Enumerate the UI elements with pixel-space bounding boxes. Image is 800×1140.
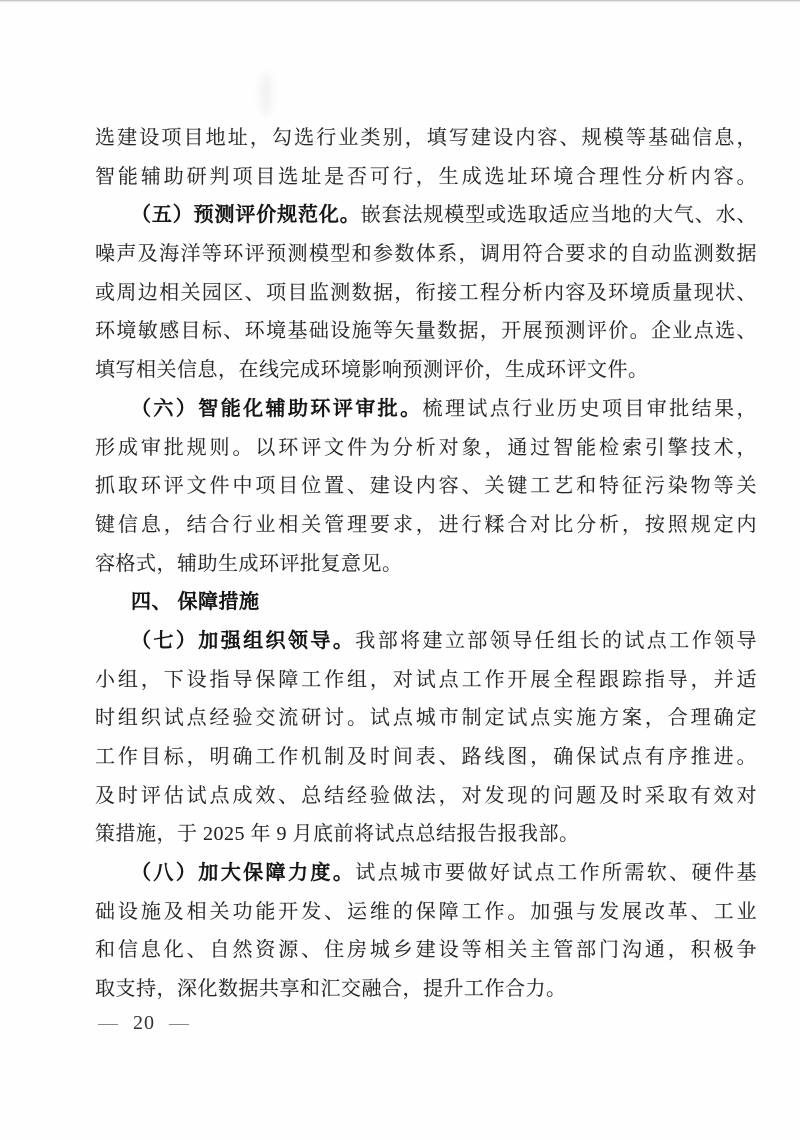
body-text: 形成审批规则。以环评文件为分析对象，通过智能检索引擎技术， xyxy=(95,437,757,459)
text-line: 小组，下设指导保障工作组，对试点工作开展全程跟踪指导，并适 xyxy=(95,661,757,700)
text-line: 形成审批规则。以环评文件为分析对象，通过智能检索引擎技术， xyxy=(95,429,757,468)
body-text: 容格式，辅助生成环评批复意见。 xyxy=(95,553,403,575)
text-line: （七）加强组织领导。我部将建立部领导任组长的试点工作领导 xyxy=(95,622,757,661)
body-text: 嵌套法规模型或选取适应当地的大气、水、 xyxy=(361,204,757,226)
text-line: 选建设项目地址，勾选行业类别，填写建设内容、规模等基础信息， xyxy=(95,119,757,158)
body-text: 取支持，深化数据共享和汇交融合，提升工作合力。 xyxy=(95,978,567,1000)
body-text: 础设施及相关功能开发、运维的保障工作。加强与发展改革、工业 xyxy=(95,901,757,923)
text-line: 及时评估试点成效、总结经验做法，对发现的问题及时采取有效对 xyxy=(95,777,757,816)
body-text: 键信息，结合行业相关管理要求，进行糅合对比分析，按照规定内 xyxy=(95,514,757,536)
bold-lead-text: （八）加大保障力度。 xyxy=(131,862,355,884)
body-text: 我部将建立部领导任组长的试点工作领导 xyxy=(355,630,757,652)
body-text: 环境敏感目标、环境基础设施等矢量数据，开展预测评价。企业点选、 xyxy=(95,320,757,342)
body-text: 或周边相关园区、项目监测数据，衔接工程分析内容及环境质量现状、 xyxy=(95,282,757,304)
scan-smudge-artifact xyxy=(260,72,272,116)
body-text: 选建设项目地址，勾选行业类别，填写建设内容、规模等基础信息， xyxy=(95,127,757,149)
footer-left-dash: — xyxy=(96,1012,121,1034)
text-line: 取支持，深化数据共享和汇交融合，提升工作合力。 xyxy=(95,970,757,1009)
bold-lead-text: （七）加强组织领导。 xyxy=(131,630,355,652)
bold-lead-text: （五）预测评价规范化。 xyxy=(131,204,361,226)
footer-page-number: 20 xyxy=(121,1012,167,1034)
footer-right-dash: — xyxy=(167,1012,192,1034)
scan-edge-artifact xyxy=(0,0,800,3)
text-line: 础设施及相关功能开发、运维的保障工作。加强与发展改革、工业 xyxy=(95,893,757,932)
body-text: 填写相关信息，在线完成环境影响预测评价，生成环评文件。 xyxy=(95,359,649,381)
text-line: 工作目标，明确工作机制及时间表、路线图，确保试点有序推进。 xyxy=(95,738,757,777)
text-line: 智能辅助研判项目选址是否可行，生成选址环境合理性分析内容。 xyxy=(95,158,757,197)
text-line: 键信息，结合行业相关管理要求，进行糅合对比分析，按照规定内 xyxy=(95,506,757,545)
text-line: （八）加大保障力度。试点城市要做好试点工作所需软、硬件基 xyxy=(95,854,757,893)
text-line: 噪声及海洋等环评预测模型和参数体系，调用符合要求的自动监测数据 xyxy=(95,235,757,274)
bold-lead-text: 四、 保障措施 xyxy=(131,591,260,613)
text-line: 容格式，辅助生成环评批复意见。 xyxy=(95,545,757,584)
text-line: 时组织试点经验交流研讨。试点城市制定试点实施方案，合理确定 xyxy=(95,699,757,738)
body-text: 抓取环评文件中项目位置、建设内容、关键工艺和特征污染物等关 xyxy=(95,475,757,497)
body-text: 时组织试点经验交流研讨。试点城市制定试点实施方案，合理确定 xyxy=(95,707,757,729)
document-page: 选建设项目地址，勾选行业类别，填写建设内容、规模等基础信息，智能辅助研判项目选址… xyxy=(0,0,800,1140)
text-line: 填写相关信息，在线完成环境影响预测评价，生成环评文件。 xyxy=(95,351,757,390)
body-text: 梳理试点行业历史项目审批结果， xyxy=(423,398,757,420)
body-text: 智能辅助研判项目选址是否可行，生成选址环境合理性分析内容。 xyxy=(95,166,757,188)
body-text: 小组，下设指导保障工作组，对试点工作开展全程跟踪指导，并适 xyxy=(95,669,757,691)
text-line: 和信息化、自然资源、住房城乡建设等相关主管部门沟通，积极争 xyxy=(95,931,757,970)
text-line: 抓取环评文件中项目位置、建设内容、关键工艺和特征污染物等关 xyxy=(95,467,757,506)
body-text: 及时评估试点成效、总结经验做法，对发现的问题及时采取有效对 xyxy=(95,785,757,807)
text-line: 环境敏感目标、环境基础设施等矢量数据，开展预测评价。企业点选、 xyxy=(95,312,757,351)
document-lines: 选建设项目地址，勾选行业类别，填写建设内容、规模等基础信息，智能辅助研判项目选址… xyxy=(95,119,757,1009)
page-footer: —20— xyxy=(96,1008,192,1038)
text-line: （六）智能化辅助环评审批。梳理试点行业历史项目审批结果， xyxy=(95,390,757,429)
text-line: 四、 保障措施 xyxy=(95,583,757,622)
text-line: 或周边相关园区、项目监测数据，衔接工程分析内容及环境质量现状、 xyxy=(95,274,757,313)
text-line: 策措施，于 2025 年 9 月底前将试点总结报告报我部。 xyxy=(95,815,757,854)
bold-lead-text: （六）智能化辅助环评审批。 xyxy=(131,398,423,420)
text-line: （五）预测评价规范化。嵌套法规模型或选取适应当地的大气、水、 xyxy=(95,196,757,235)
body-text: 试点城市要做好试点工作所需软、硬件基 xyxy=(355,862,757,884)
body-text: 噪声及海洋等环评预测模型和参数体系，调用符合要求的自动监测数据 xyxy=(95,243,757,265)
body-text: 工作目标，明确工作机制及时间表、路线图，确保试点有序推进。 xyxy=(95,746,757,768)
body-text: 和信息化、自然资源、住房城乡建设等相关主管部门沟通，积极争 xyxy=(95,939,757,961)
body-text: 策措施，于 2025 年 9 月底前将试点总结报告报我部。 xyxy=(95,823,580,845)
